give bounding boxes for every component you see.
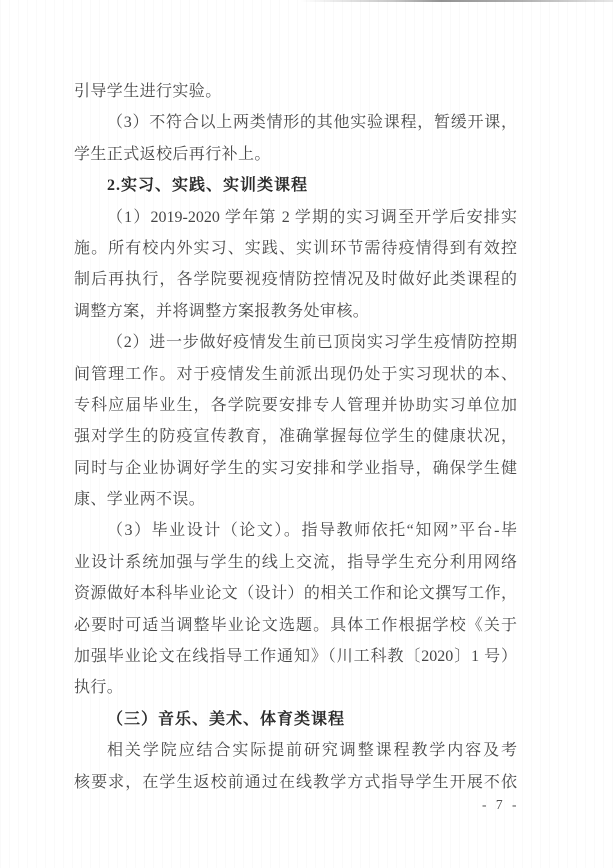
- text-line: 引导学生进行实验。: [74, 76, 517, 107]
- text-line: 必要时可适当调整毕业论文选题。具体工作根据学校《关于: [74, 610, 517, 641]
- text-line: 加强毕业论文在线指导工作通知》（川工科教〔2020〕1 号）: [74, 641, 517, 672]
- document-body: 引导学生进行实验。（3）不符合以上两类情形的其他实验课程，暂缓开课，学生正式返校…: [74, 76, 517, 798]
- text-line: （3）不符合以上两类情形的其他实验课程，暂缓开课，: [74, 107, 517, 138]
- heading-line: 2.实习、实践、实训类课程: [74, 170, 517, 201]
- text-line: 调整方案，并将调整方案报教务处审核。: [74, 296, 517, 327]
- text-line: 执行。: [74, 672, 517, 703]
- text-line: 同时与企业协调好学生的实习安排和学业指导，确保学生健: [74, 453, 517, 484]
- text-line: （3）毕业设计（论文）。指导教师依托“知网”平台-毕: [74, 515, 517, 546]
- scan-artifact-line: [300, 0, 613, 2]
- text-line: 施。所有校内外实习、实践、实训环节需待疫情得到有效控: [74, 233, 517, 264]
- page-number: - 7 -: [482, 797, 520, 813]
- text-line: 康、学业两不误。: [74, 484, 517, 515]
- text-line: 相关学院应结合实际提前研究调整课程教学内容及考: [74, 735, 517, 766]
- text-line: 学生正式返校后再行补上。: [74, 139, 517, 170]
- text-line: （1）2019-2020 学年第 2 学期的实习调至开学后安排实: [74, 202, 517, 233]
- text-line: 业设计系统加强与学生的线上交流，指导学生充分利用网络: [74, 547, 517, 578]
- text-line: 强对学生的防疫宣传教育，准确掌握每位学生的健康状况，: [74, 421, 517, 452]
- text-line: 资源做好本科毕业论文（设计）的相关工作和论文撰写工作，: [74, 578, 517, 609]
- heading-line: （三）音乐、美术、体育类课程: [74, 704, 517, 735]
- text-line: （2）进一步做好疫情发生前已顶岗实习学生疫情防控期: [74, 327, 517, 358]
- text-line: 专科应届毕业生，各学院要安排专人管理并协助实习单位加: [74, 390, 517, 421]
- text-line: 间管理工作。对于疫情发生前派出现仍处于实习现状的本、: [74, 359, 517, 390]
- document-page: 引导学生进行实验。（3）不符合以上两类情形的其他实验课程，暂缓开课，学生正式返校…: [0, 0, 613, 868]
- text-line: 核要求，在学生返校前通过在线教学方式指导学生开展不依: [74, 767, 517, 798]
- text-line: 制后再执行，各学院要视疫情防控情况及时做好此类课程的: [74, 264, 517, 295]
